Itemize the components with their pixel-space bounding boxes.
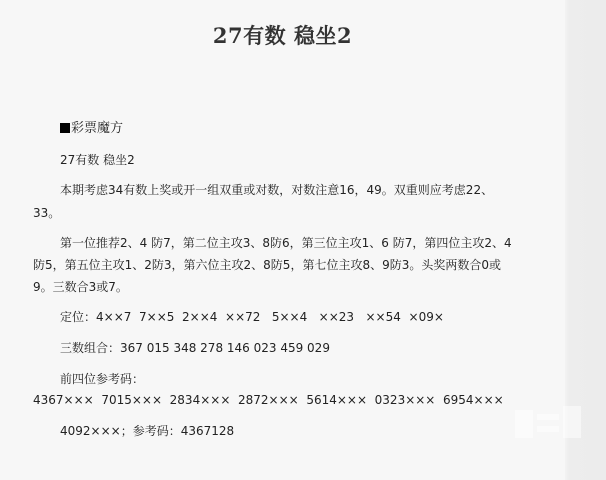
positioning-label: 定位： bbox=[60, 310, 96, 324]
paragraph-2-line-1: 第一位推荐2、4 防7，第二位主攻3、8防6，第三位主攻1、6 防7，第四位主攻… bbox=[60, 236, 512, 250]
paragraph-1-line-2: 33。 bbox=[33, 206, 60, 220]
combo-line: 三数组合：367 015 348 278 146 023 459 029 bbox=[60, 341, 330, 355]
reference-codes-line-1: 4367××× 7015××× 2834××× 2872××× 5614××× … bbox=[33, 393, 504, 407]
reference-label: 前四位参考码： bbox=[60, 372, 144, 386]
combo-values: 367 015 348 278 146 023 459 029 bbox=[120, 341, 330, 355]
reference-code-label: 参考码： bbox=[133, 424, 181, 438]
watermark-logo bbox=[505, 400, 590, 445]
paragraph-2-line-3: 9。三数合3或7。 bbox=[33, 280, 128, 294]
paragraph-2-line-2: 防5，第五位主攻1、2防3，第六位主攻2、8防5，第七位主攻8、9防3。头奖两数… bbox=[33, 258, 501, 272]
square-bullet-icon bbox=[60, 123, 70, 133]
article-title: 27有数 稳坐2 bbox=[0, 20, 565, 50]
reference-codes-line-2: 4092×××；参考码：4367128 bbox=[60, 424, 234, 438]
reference-code-extra: 4092×××； bbox=[60, 424, 133, 438]
combo-label: 三数组合： bbox=[60, 341, 120, 355]
paragraph-1-line-1: 本期考虑34有数上奖或开一组双重或对数，对数注意16，49。双重则应考虑22、 bbox=[60, 183, 493, 197]
positioning-line: 定位：4××7 7××5 2××4 ××72 5××4 ××23 ××54 ×0… bbox=[60, 310, 444, 324]
positioning-values: 4××7 7××5 2××4 ××72 5××4 ××23 ××54 ×09× bbox=[96, 310, 444, 324]
article-subtitle: 27有数 稳坐2 bbox=[60, 153, 135, 167]
section-heading-text: 彩票魔方 bbox=[71, 121, 123, 136]
reference-code-value: 4367128 bbox=[181, 424, 234, 438]
section-heading: 彩票魔方 bbox=[60, 122, 123, 136]
